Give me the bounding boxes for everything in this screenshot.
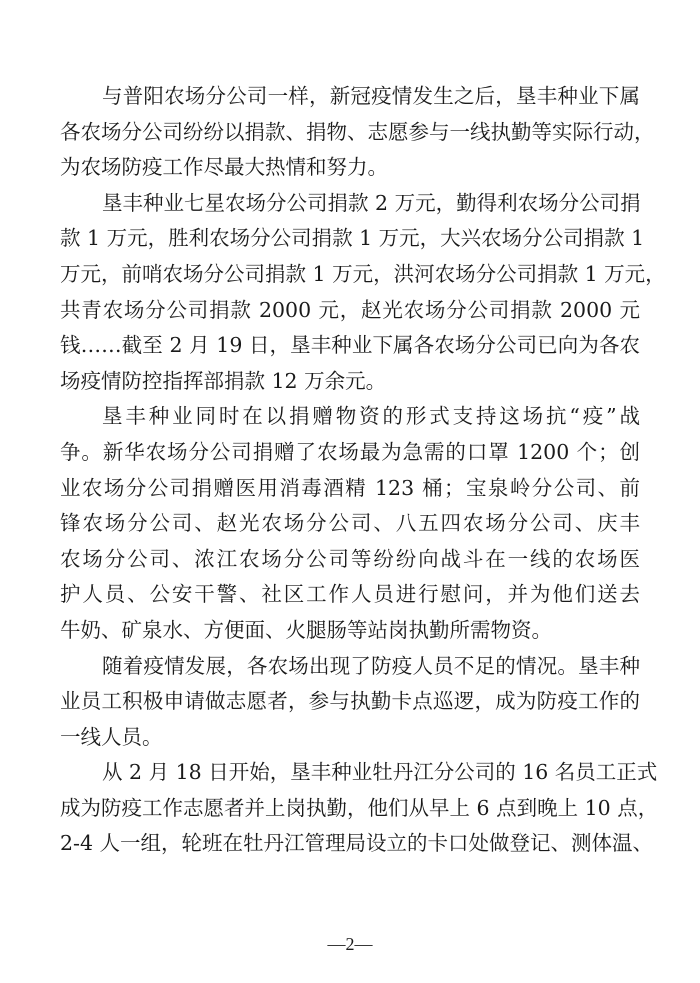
paragraph-material-donations: 垦丰种业同时在以捐赠物资的形式支持这场抗“疫”战 争。新华农场分公司捐赠了农场最… <box>60 399 640 648</box>
text-line: 随着疫情发展，各农场出现了防疫人员不足的情况。垦丰种 <box>60 649 640 685</box>
text-line: 业员工积极申请做志愿者，参与执勤卡点巡逻，成为防疫工作的 <box>60 684 640 720</box>
text-line: 垦丰种业七星农场分公司捐款 2 万元，勤得利农场分公司捐 <box>60 186 640 222</box>
text-line: 与普阳农场分公司一样，新冠疫情发生之后，垦丰种业下属 <box>60 79 640 115</box>
text-line: 争。新华农场分公司捐赠了农场最为急需的口罩 1200 个；创 <box>60 435 640 471</box>
paragraph-donation-overview: 与普阳农场分公司一样，新冠疫情发生之后，垦丰种业下属 各农场分公司纷纷以捐款、捐… <box>60 79 640 186</box>
text-line: 2-4 人一组，轮班在牡丹江管理局设立的卡口处做登记、测体温、 <box>60 826 640 862</box>
paragraph-mudanjiang-volunteers: 从 2 月 18 日开始，垦丰种业牡丹江分公司的 16 名员工正式 成为防疫工作… <box>60 755 640 862</box>
text-line: 护人员、公安干警、社区工作人员进行慰问，并为他们送去 <box>60 577 640 613</box>
text-line: 各农场分公司纷纷以捐款、捐物、志愿参与一线执勤等实际行动， <box>60 115 640 151</box>
paragraph-volunteers: 随着疫情发展，各农场出现了防疫人员不足的情况。垦丰种 业员工积极申请做志愿者，参… <box>60 649 640 756</box>
text-line: 一线人员。 <box>60 720 640 756</box>
text-line: 钱……截至 2 月 19 日，垦丰种业下属各农场分公司已向为各农 <box>60 328 640 364</box>
text-line: 锋农场分公司、赵光农场分公司、八五四农场分公司、庆丰 <box>60 506 640 542</box>
text-line: 从 2 月 18 日开始，垦丰种业牡丹江分公司的 16 名员工正式 <box>60 755 640 791</box>
text-line: 农场分公司、浓江农场分公司等纷纷向战斗在一线的农场医 <box>60 542 640 578</box>
text-line: 牛奶、矿泉水、方便面、火腿肠等站岗执勤所需物资。 <box>60 613 640 649</box>
text-line: 共青农场分公司捐款 2000 元，赵光农场分公司捐款 2000 元 <box>60 293 640 329</box>
document-body: 与普阳农场分公司一样，新冠疫情发生之后，垦丰种业下属 各农场分公司纷纷以捐款、捐… <box>60 79 640 862</box>
page-number: —2— <box>0 934 700 955</box>
text-line: 为农场防疫工作尽最大热情和努力。 <box>60 150 640 186</box>
text-line: 万元，前哨农场分公司捐款 1 万元，洪河农场分公司捐款 1 万元， <box>60 257 640 293</box>
text-line: 场疫情防控指挥部捐款 12 万余元。 <box>60 364 640 400</box>
text-line: 款 1 万元，胜利农场分公司捐款 1 万元，大兴农场分公司捐款 1 <box>60 221 640 257</box>
paragraph-cash-donations: 垦丰种业七星农场分公司捐款 2 万元，勤得利农场分公司捐 款 1 万元，胜利农场… <box>60 186 640 400</box>
text-line: 垦丰种业同时在以捐赠物资的形式支持这场抗“疫”战 <box>60 399 640 435</box>
text-line: 成为防疫工作志愿者并上岗执勤，他们从早上 6 点到晚上 10 点， <box>60 791 640 827</box>
text-line: 业农场分公司捐赠医用消毒酒精 123 桶；宝泉岭分公司、前 <box>60 471 640 507</box>
